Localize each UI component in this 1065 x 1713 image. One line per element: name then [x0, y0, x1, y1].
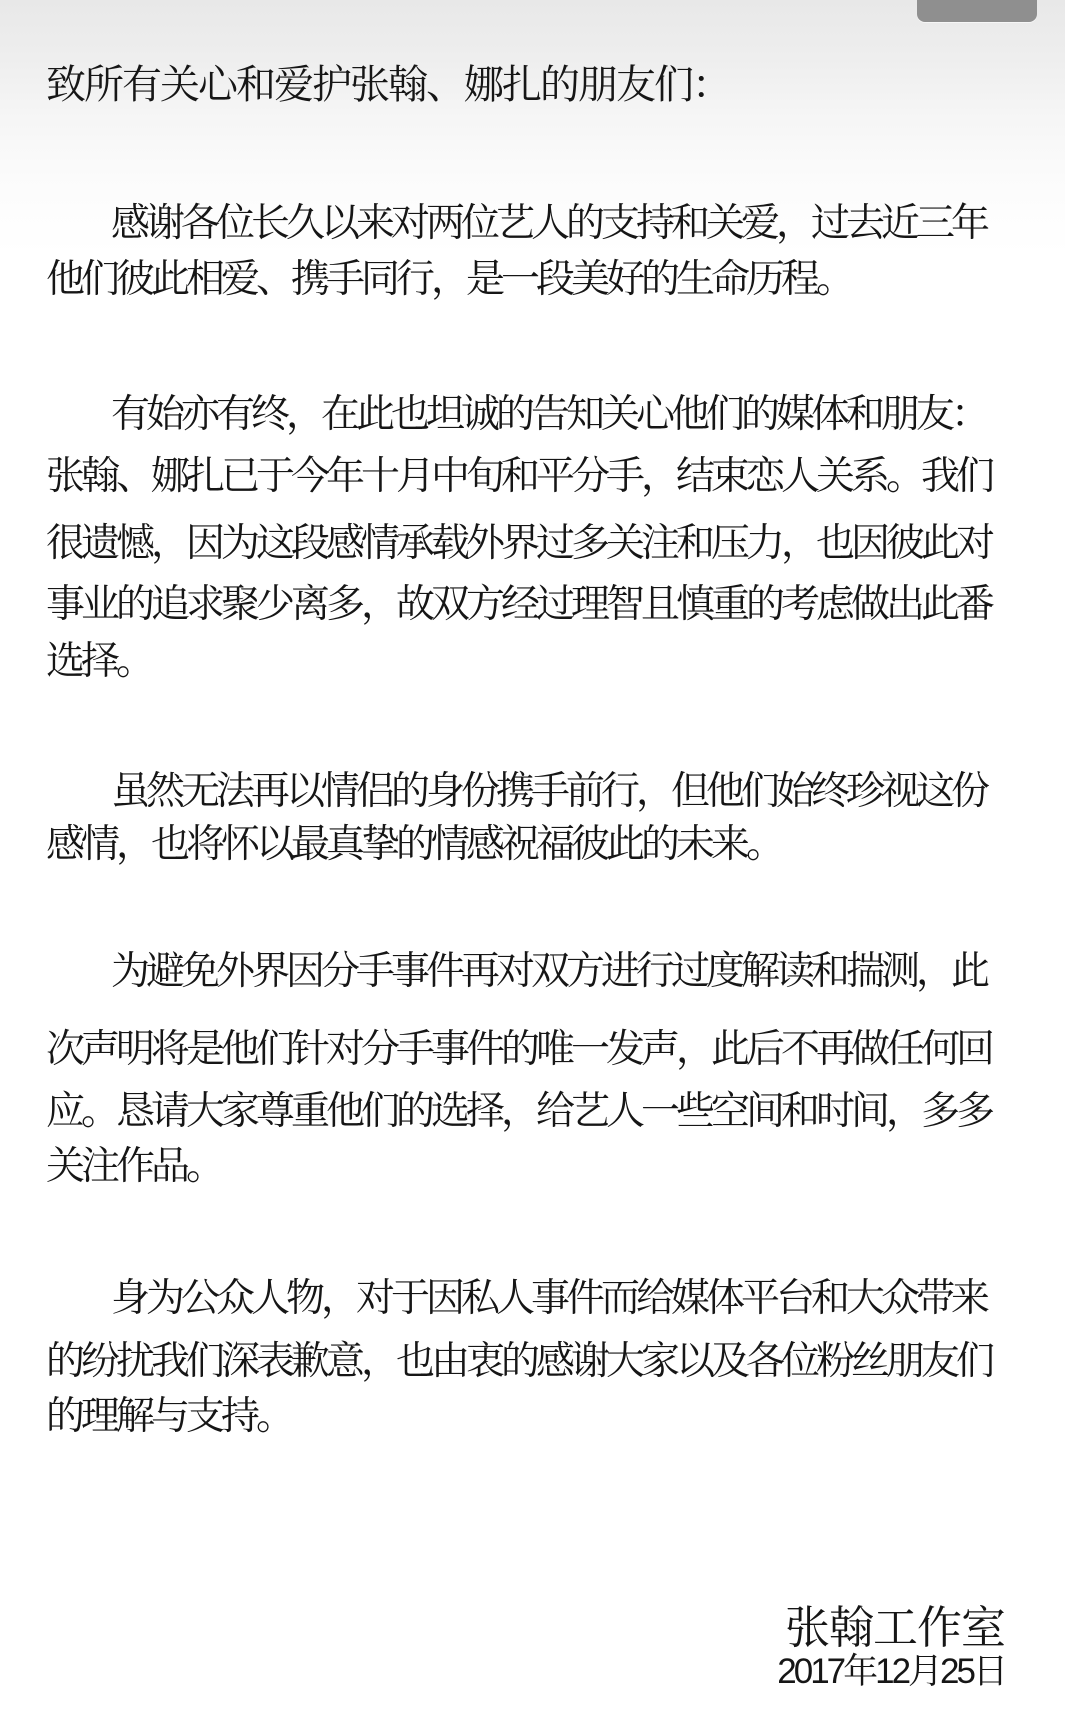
- statement-line: 的理解与支持。: [46, 1397, 291, 1436]
- statement-line: 选择。: [46, 642, 151, 681]
- statement-page: 致所有关心和爱护张翰、娜扎的朋友们： 感谢各位长久以来对两位艺人的支持和关爱，过…: [0, 0, 1065, 1713]
- statement-line: 的纷扰我们深表歉意，也由衷的感谢大家以及各位粉丝朋友们: [46, 1342, 991, 1381]
- statement-line: 感谢各位长久以来对两位艺人的支持和关爱，过去近三年: [111, 204, 986, 243]
- salutation: 致所有关心和爱护张翰、娜扎的朋友们：: [46, 65, 730, 105]
- statement-line: 关注作品。: [46, 1147, 221, 1186]
- top-right-tab: [917, 0, 1037, 22]
- statement-line: 虽然无法再以情侣的身份携手前行，但他们始终珍视这份: [111, 772, 986, 811]
- statement-line: 次声明将是他们针对分手事件的唯一发声，此后不再做任何回: [46, 1030, 991, 1069]
- statement-line: 张翰、娜扎已于今年十月中旬和平分手，结束恋人关系。我们: [46, 457, 991, 496]
- statement-line: 应。恳请大家尊重他们的选择，给艺人一些空间和时间，多多: [46, 1092, 991, 1131]
- statement-line: 为避免外界因分手事件再对双方进行过度解读和揣测，此: [111, 952, 986, 991]
- statement-line: 有始亦有终，在此也坦诚的告知关心他们的媒体和朋友：: [111, 395, 986, 434]
- signature-name: 张翰工作室: [785, 1605, 1005, 1650]
- signature-date: 2017年12月25日: [777, 1654, 1005, 1689]
- statement-line: 感情，也将怀以最真挚的情感祝福彼此的未来。: [46, 825, 781, 864]
- statement-line: 很遗憾，因为这段感情承载外界过多关注和压力，也因彼此对: [46, 524, 991, 563]
- statement-line: 事业的追求聚少离多，故双方经过理智且慎重的考虑做出此番: [46, 585, 991, 624]
- statement-line: 身为公众人物，对于因私人事件而给媒体平台和大众带来: [111, 1279, 986, 1318]
- statement-line: 他们彼此相爱、携手同行，是一段美好的生命历程。: [46, 260, 851, 299]
